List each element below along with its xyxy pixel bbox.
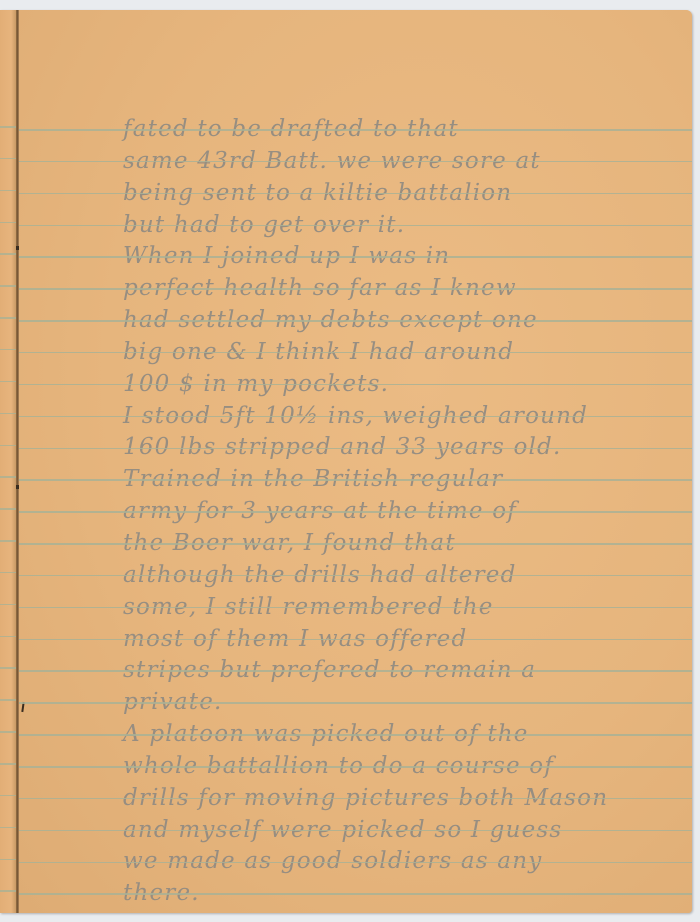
ruled-line	[19, 862, 692, 864]
ruled-line	[19, 320, 692, 322]
ruled-line	[0, 158, 16, 160]
ruled-line	[19, 225, 692, 227]
ruled-line	[0, 667, 16, 669]
ruled-line	[19, 448, 692, 450]
ruled-line	[19, 384, 692, 386]
ruled-line	[0, 285, 16, 287]
ruled-line	[0, 795, 16, 797]
ruled-line	[19, 256, 692, 258]
ruled-line	[0, 731, 16, 733]
notebook-spread: fated to be drafted to that same 43rd Ba…	[0, 10, 692, 913]
ruled-line	[0, 699, 16, 701]
ruled-line	[19, 734, 692, 736]
ruled-line	[19, 193, 692, 195]
ruled-line	[0, 476, 16, 478]
ruled-line	[19, 543, 692, 545]
ruled-line	[0, 190, 16, 192]
ruled-line	[0, 572, 16, 574]
ruled-line	[0, 222, 16, 224]
ruled-line	[0, 253, 16, 255]
handwritten-page: fated to be drafted to that same 43rd Ba…	[19, 10, 692, 913]
ruled-line	[0, 636, 16, 638]
ruled-line	[19, 798, 692, 800]
ruled-line	[19, 575, 692, 577]
ruled-line	[19, 766, 692, 768]
ruled-line	[19, 416, 692, 418]
binding-dot	[16, 246, 19, 250]
ruled-line	[0, 540, 16, 542]
ruled-line	[19, 161, 692, 163]
ruled-line	[19, 639, 692, 641]
ruled-line	[0, 890, 16, 892]
ruled-line	[0, 763, 16, 765]
ruled-line	[0, 604, 16, 606]
ruled-line	[19, 352, 692, 354]
left-page-edge	[0, 10, 16, 913]
ruled-line	[0, 445, 16, 447]
ruled-line	[0, 349, 16, 351]
ruled-line	[19, 288, 692, 290]
ruled-line	[0, 827, 16, 829]
ruled-line	[0, 317, 16, 319]
ruled-line	[0, 859, 16, 861]
ruled-line	[19, 702, 692, 704]
ruled-line	[0, 126, 16, 128]
ruled-line	[19, 670, 692, 672]
ruled-line	[0, 413, 16, 415]
ruled-line	[0, 381, 16, 383]
ruled-line	[19, 479, 692, 481]
ruled-line	[19, 893, 692, 895]
binding-dot	[16, 485, 19, 489]
ruled-line	[19, 129, 692, 131]
ruled-line	[19, 607, 692, 609]
ruled-line	[0, 508, 16, 510]
ruled-line	[19, 830, 692, 832]
ruled-line	[19, 511, 692, 513]
